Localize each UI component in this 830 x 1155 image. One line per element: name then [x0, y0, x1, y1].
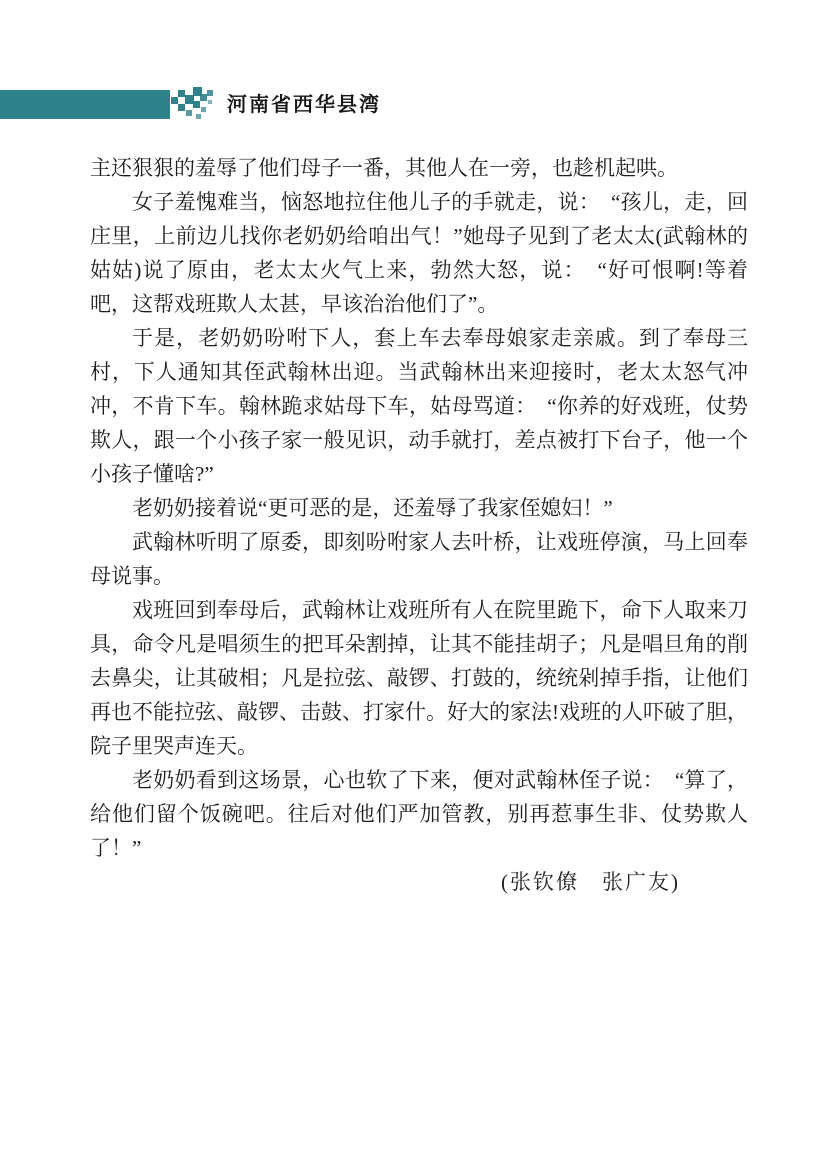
paragraph: 武翰林听明了原委，即刻吩咐家人去叶桥，让戏班停演，马上回奉母说事。 — [90, 525, 748, 593]
checker-square — [208, 100, 212, 104]
paragraph: 老奶奶接着说“更可恶的是，还羞辱了我家侄媳妇！” — [90, 491, 748, 525]
checker-square — [207, 90, 213, 96]
checker-square — [171, 97, 178, 104]
body-text: 主还狠狠的羞辱了他们母子一番，其他人在一旁，也趁机起哄。 女子羞愧难当，恼怒地拉… — [90, 151, 748, 899]
paragraph: 于是，老奶奶吩咐下人，套上车去奉母娘家走亲戚。到了奉母三村，下人通知其侄武翰林出… — [90, 321, 748, 491]
checker-square — [201, 107, 206, 112]
page-title: 河南省西华县湾 — [227, 91, 381, 120]
checker-square — [196, 114, 201, 119]
header-accent-bar — [0, 90, 170, 119]
paragraph: 戏班回到奉母后，武翰林让戏班所有人在院里跪下，命下人取来刀具，命令凡是唱须生的把… — [90, 593, 748, 763]
document-page: 河南省西华县湾 主还狠狠的羞辱了他们母子一番，其他人在一旁，也趁机起哄。 女子羞… — [0, 0, 830, 1155]
checker-square — [200, 94, 207, 101]
attribution: (张钦僚 张广友) — [90, 865, 748, 899]
checker-square — [193, 101, 200, 108]
paragraph: 老奶奶看到这场景，心也软了下来，便对武翰林侄子说： “算了，给他们留个饭碗吧。往… — [90, 763, 748, 865]
checker-square — [178, 90, 185, 97]
checker-square — [186, 110, 192, 116]
paragraph: 主还狠狠的羞辱了他们母子一番，其他人在一旁，也趁机起哄。 — [90, 151, 748, 185]
paragraph: 女子羞愧难当，恼怒地拉住他儿子的手就走，说： “孩儿，走，回庄里，上前边儿找你老… — [90, 185, 748, 321]
checkered-dissolve-ornament — [170, 84, 220, 126]
checker-square — [178, 104, 185, 111]
